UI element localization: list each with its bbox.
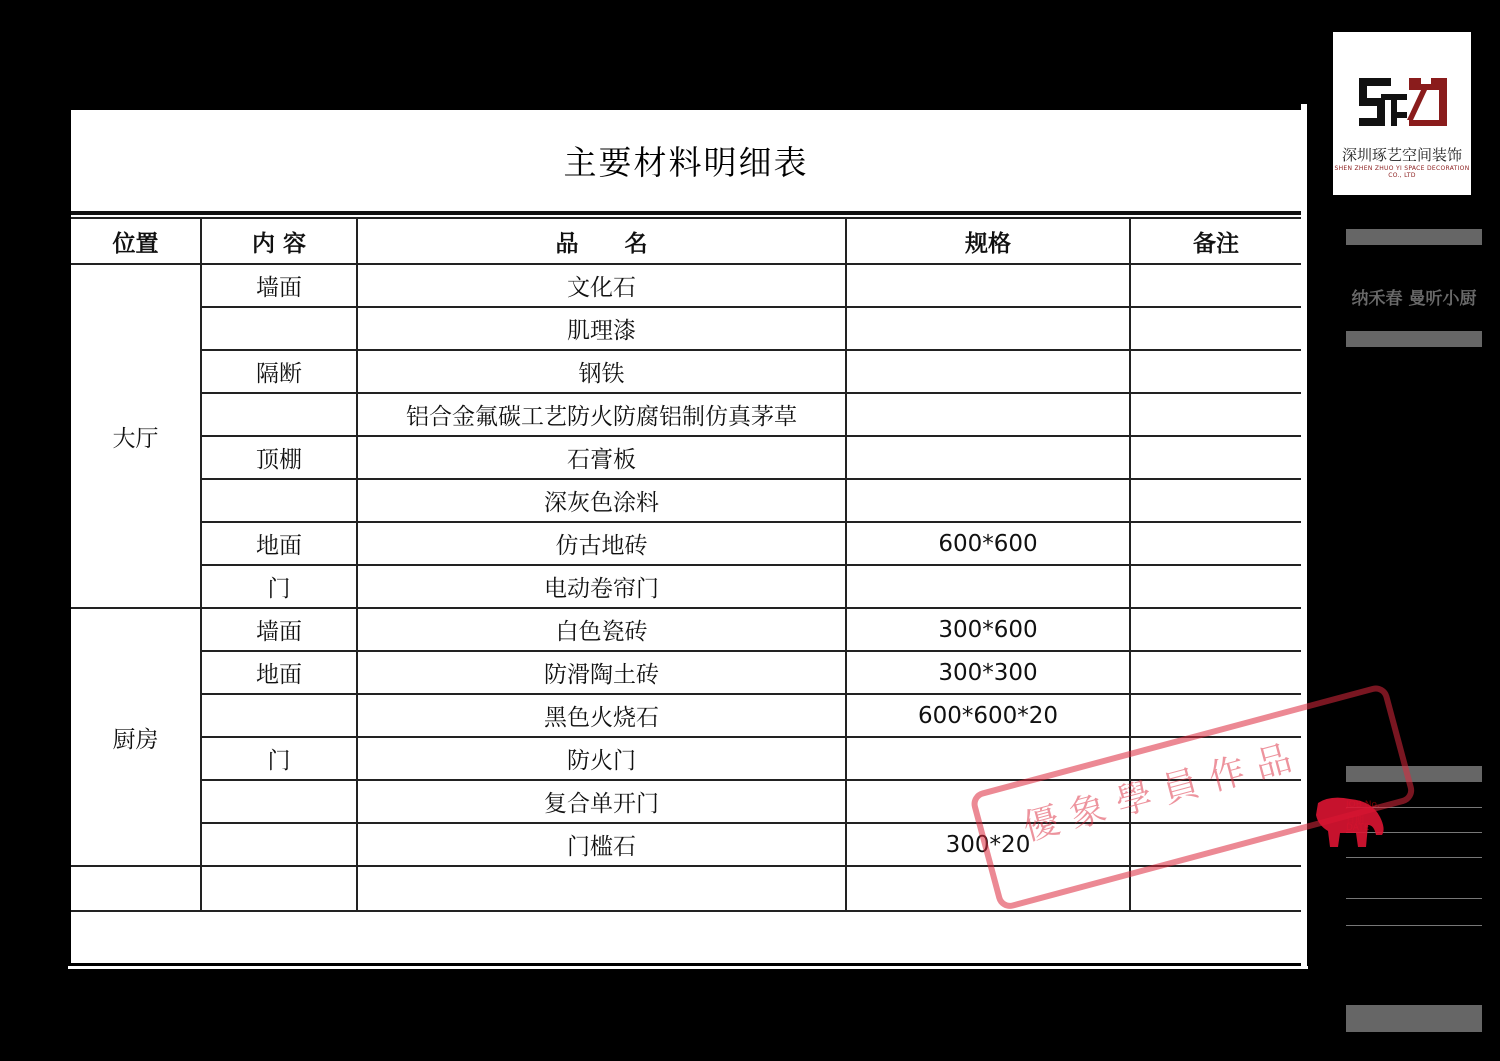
sheet-edge-bottom bbox=[68, 966, 1308, 969]
table-row: 地面防滑陶土砖300*300 bbox=[71, 651, 1301, 694]
note-cell bbox=[1130, 264, 1301, 307]
spec-cell bbox=[846, 393, 1130, 436]
table-row: 隔断钢铁 bbox=[71, 350, 1301, 393]
company-name-cn: 深圳琢艺空间装饰 bbox=[1333, 144, 1471, 165]
project-name: 纳禾春 曼听小厨 bbox=[1334, 284, 1494, 309]
name-cell: 肌理漆 bbox=[357, 307, 846, 350]
table-row: 顶棚石膏板 bbox=[71, 436, 1301, 479]
table-row: 地面仿古地砖600*600 bbox=[71, 522, 1301, 565]
empty-cell bbox=[1130, 866, 1301, 911]
name-cell: 电动卷帘门 bbox=[357, 565, 846, 608]
table-row: 门电动卷帘门 bbox=[71, 565, 1301, 608]
content-cell bbox=[201, 823, 357, 866]
header-content: 内 容 bbox=[201, 218, 357, 264]
name-cell: 防滑陶土砖 bbox=[357, 651, 846, 694]
note-cell bbox=[1130, 436, 1301, 479]
content-cell: 地面 bbox=[201, 651, 357, 694]
spec-cell bbox=[846, 565, 1130, 608]
name-cell: 石膏板 bbox=[357, 436, 846, 479]
elephant-logo-icon bbox=[1310, 795, 1390, 855]
empty-cell bbox=[71, 866, 201, 911]
spec-cell: 600*600 bbox=[846, 522, 1130, 565]
title-block-bar bbox=[1346, 229, 1482, 245]
location-cell: 大厅 bbox=[71, 264, 201, 608]
title-block-line bbox=[1346, 898, 1482, 899]
name-cell: 白色瓷砖 bbox=[357, 608, 846, 651]
title-row: 主要材料明细表 bbox=[71, 110, 1301, 215]
title-block-bar bbox=[1346, 331, 1482, 347]
name-cell: 门槛石 bbox=[357, 823, 846, 866]
name-cell: 仿古地砖 bbox=[357, 522, 846, 565]
logo-mark-icon bbox=[1355, 74, 1451, 132]
sheet-edge-right bbox=[1301, 104, 1307, 968]
name-cell: 文化石 bbox=[357, 264, 846, 307]
content-cell bbox=[201, 479, 357, 522]
note-cell bbox=[1130, 350, 1301, 393]
name-cell: 防火门 bbox=[357, 737, 846, 780]
table-header-row: 位置 内 容 品 名 规格 备注 bbox=[71, 218, 1301, 264]
table-row: 大厅墙面文化石 bbox=[71, 264, 1301, 307]
content-cell: 地面 bbox=[201, 522, 357, 565]
table-row: 肌理漆 bbox=[71, 307, 1301, 350]
content-cell: 墙面 bbox=[201, 608, 357, 651]
spec-cell bbox=[846, 307, 1130, 350]
table-row: 深灰色涂料 bbox=[71, 479, 1301, 522]
header-note: 备注 bbox=[1130, 218, 1301, 264]
content-cell: 墙面 bbox=[201, 264, 357, 307]
spec-cell: 600*600*20 bbox=[846, 694, 1130, 737]
page-title: 主要材料明细表 bbox=[564, 137, 809, 184]
note-cell bbox=[1130, 307, 1301, 350]
note-cell bbox=[1130, 608, 1301, 651]
table-row: 铝合金氟碳工艺防火防腐铝制仿真茅草 bbox=[71, 393, 1301, 436]
content-cell bbox=[201, 393, 357, 436]
spec-cell bbox=[846, 350, 1130, 393]
note-cell bbox=[1130, 522, 1301, 565]
header-name: 品 名 bbox=[357, 218, 846, 264]
spec-cell bbox=[846, 264, 1130, 307]
name-cell: 黑色火烧石 bbox=[357, 694, 846, 737]
spec-cell bbox=[846, 436, 1130, 479]
header-location: 位置 bbox=[71, 218, 201, 264]
note-cell bbox=[1130, 393, 1301, 436]
content-cell: 隔断 bbox=[201, 350, 357, 393]
empty-cell bbox=[201, 866, 357, 911]
location-cell: 厨房 bbox=[71, 608, 201, 866]
table-row: 黑色火烧石600*600*20 bbox=[71, 694, 1301, 737]
table-row: 厨房墙面白色瓷砖300*600 bbox=[71, 608, 1301, 651]
note-cell bbox=[1130, 479, 1301, 522]
title-block-bar bbox=[1346, 1005, 1482, 1032]
note-cell bbox=[1130, 565, 1301, 608]
name-cell: 深灰色涂料 bbox=[357, 479, 846, 522]
spec-cell: 300*300 bbox=[846, 651, 1130, 694]
content-cell: 门 bbox=[201, 737, 357, 780]
name-cell: 铝合金氟碳工艺防火防腐铝制仿真茅草 bbox=[357, 393, 846, 436]
empty-cell bbox=[357, 866, 846, 911]
company-logo: 深圳琢艺空间装饰 SHEN ZHEN ZHUO YI SPACE DECORAT… bbox=[1333, 32, 1471, 195]
spec-cell: 300*600 bbox=[846, 608, 1130, 651]
name-cell: 钢铁 bbox=[357, 350, 846, 393]
content-cell bbox=[201, 780, 357, 823]
note-cell bbox=[1130, 651, 1301, 694]
content-cell: 门 bbox=[201, 565, 357, 608]
header-spec: 规格 bbox=[846, 218, 1130, 264]
title-block-line bbox=[1346, 925, 1482, 926]
company-name-en: SHEN ZHEN ZHUO YI SPACE DECORATION CO., … bbox=[1333, 165, 1471, 179]
content-cell bbox=[201, 307, 357, 350]
name-cell: 复合单开门 bbox=[357, 780, 846, 823]
spec-cell bbox=[846, 479, 1130, 522]
title-block-line bbox=[1346, 857, 1482, 858]
content-cell bbox=[201, 694, 357, 737]
content-cell: 顶棚 bbox=[201, 436, 357, 479]
